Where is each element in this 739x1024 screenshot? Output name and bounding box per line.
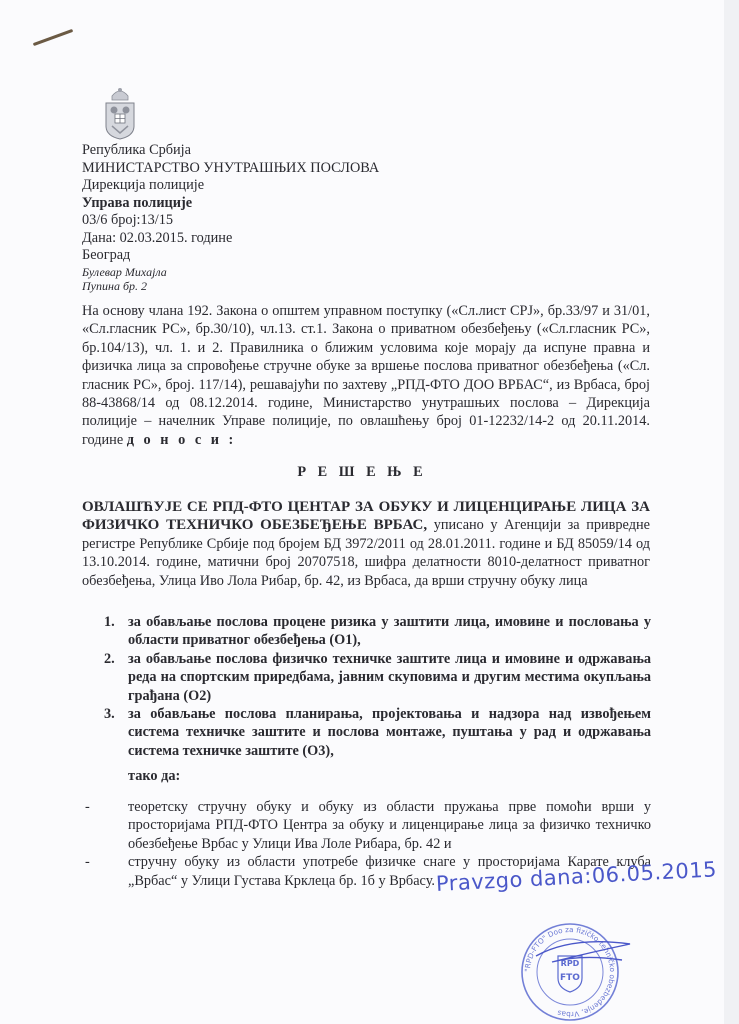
item-number: 2. — [104, 650, 115, 668]
bullet-dash: - — [85, 853, 90, 871]
pen-mark — [33, 29, 73, 46]
item-text: за обављање послова физичко техничке заш… — [128, 651, 651, 704]
serbia-coat-of-arms-icon — [103, 86, 137, 140]
item-number: 3. — [104, 705, 115, 723]
address-line-2: Пупина бр. 2 — [82, 279, 379, 294]
address-line-1: Булевар Михајла — [82, 265, 379, 280]
item-text: за обављање послова планирања, пројектов… — [128, 706, 651, 759]
company-stamp-icon: "RPD-FTO" Doo za fizičko-tehničko obezbe… — [512, 916, 632, 1022]
reference-number: 03/6 број:13/15 — [82, 212, 379, 230]
item-number: 1. — [104, 613, 115, 631]
intro-paragraph: На основу члана 192. Закона о општем упр… — [82, 302, 650, 449]
stamp-center-bottom: FTO — [560, 973, 580, 983]
conditions-label: тако да: — [128, 768, 180, 785]
list-item: 2.за обављање послова физичко техничке з… — [104, 650, 651, 705]
department-name: Управа полиције — [82, 195, 379, 213]
signature-stroke — [536, 942, 630, 962]
intro-verb: д о н о с и : — [127, 432, 237, 448]
list-item: 1.за обављање послова процене ризика у з… — [104, 613, 651, 650]
city: Београд — [82, 247, 379, 265]
document-date: Дана: 02.03.2015. године — [82, 230, 379, 248]
list-item: -теоретску стручну обуку и обуку из обла… — [82, 798, 651, 853]
document-page: Република Србија МИНИСТАРСТВО УНУТРАШЊИХ… — [0, 0, 724, 1024]
training-list: 1.за обављање послова процене ризика у з… — [104, 613, 651, 760]
item-text: за обављање послова процене ризика у заш… — [128, 614, 651, 648]
list-item: 3.за обављање послова планирања, пројект… — [104, 705, 651, 760]
ministry-name: МИНИСТАРСТВО УНУТРАШЊИХ ПОСЛОВА — [82, 160, 379, 178]
bullet-dash: - — [85, 798, 90, 816]
authorization-paragraph: ОВЛАШЋУЈЕ СЕ РПД-ФТО ЦЕНТАР ЗА ОБУКУ И Л… — [82, 498, 650, 590]
document-header: Република Србија МИНИСТАРСТВО УНУТРАШЊИХ… — [82, 142, 379, 294]
country-name: Република Србија — [82, 142, 379, 160]
stamp-center-top: RPD — [561, 959, 580, 968]
condition-text: теоретску стручну обуку и обуку из облас… — [128, 799, 651, 852]
decision-title: Р Е Ш Е Њ Е — [0, 464, 724, 481]
directorate-name: Дирекција полиције — [82, 177, 379, 195]
page-edge — [724, 0, 739, 1024]
intro-text: На основу члана 192. Закона о општем упр… — [82, 303, 650, 448]
